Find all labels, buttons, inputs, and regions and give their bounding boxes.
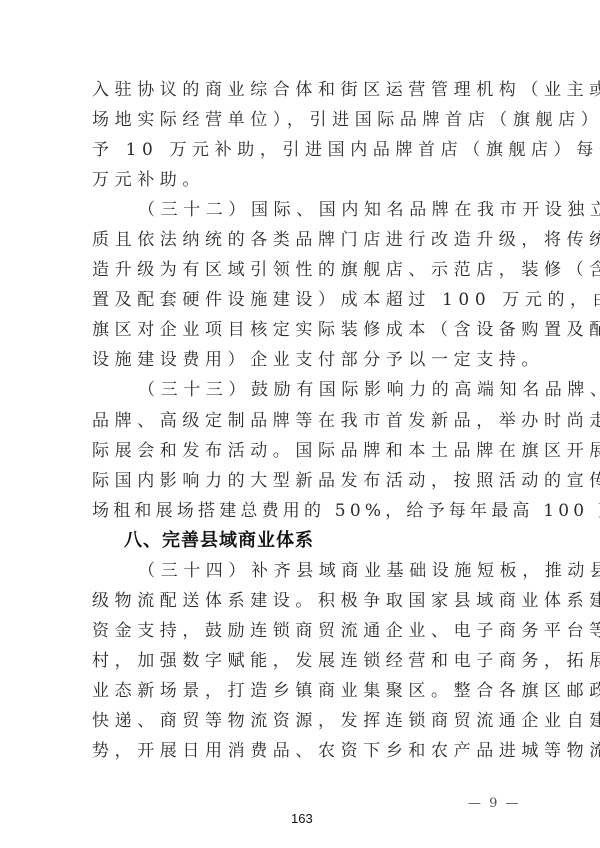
text-line: 入驻协议的商业综合体和街区运营管理机构（业主或该商业 xyxy=(92,75,512,105)
text-line: 场地实际经营单位），引进国际品牌首店（旗舰店）每个给 xyxy=(92,105,512,135)
text-line: 村，加强数字赋能，发展连锁经营和电子商务，拓展消费新 xyxy=(92,646,512,676)
paragraph-32-start: （三十二）国际、国内知名品牌在我市开设独立法人性 xyxy=(92,195,512,225)
paragraph-34-start: （三十四）补齐县域商业基础设施短板，推动县乡村三 xyxy=(92,556,512,586)
text-line: 造升级为有区域引领性的旗舰店、示范店，装修（含设备购 xyxy=(92,255,512,285)
section-heading: 八、完善县域商业体系 xyxy=(92,526,512,556)
text-line: 级物流配送体系建设。积极争取国家县域商业体系建设项目 xyxy=(92,586,512,616)
text-line: 业态新场景，打造乡镇商业集聚区。整合各旗区邮政、供销、 xyxy=(92,676,512,706)
body-text: 入驻协议的商业综合体和街区运营管理机构（业主或该商业 场地实际经营单位），引进国… xyxy=(92,75,512,766)
text-line: 快递、商贸等物流资源，发挥连锁商贸流通企业自建物流优 xyxy=(92,706,512,736)
document-page: 入驻协议的商业综合体和街区运营管理机构（业主或该商业 场地实际经营单位），引进国… xyxy=(0,0,600,848)
text-line: 质且依法纳统的各类品牌门店进行改造升级，将传统门店改 xyxy=(92,225,512,255)
text-line: 予 10 万元补助，引进国内品牌首店（旗舰店）每个给予 5 xyxy=(92,135,512,165)
text-line: 际国内影响力的大型新品发布活动，按照活动的宣传推广、 xyxy=(92,466,512,496)
folio-number: 163 xyxy=(291,811,313,826)
text-line: 旗区对企业项目核定实际装修成本（含设备购置及配套硬件 xyxy=(92,315,512,345)
paragraph-33-start: （三十三）鼓励有国际影响力的高端知名品牌、设计师 xyxy=(92,375,512,405)
text-line: 场租和展场搭建总费用的 50%，给予每年最高 100 万元补助。 xyxy=(92,496,512,526)
page-number: — 9 — xyxy=(468,796,521,811)
text-line: 势，开展日用消费品、农资下乡和农产品进城等物流快递共 xyxy=(92,736,512,766)
text-line: 品牌、高级定制品牌等在我市首发新品，举办时尚走秀、国 xyxy=(92,406,512,436)
text-line: 资金支持，鼓励连锁商贸流通企业、电子商务平台等下沉农 xyxy=(92,616,512,646)
text-line: 置及配套硬件设施建设）成本超过 100 万元的，由门店所在 xyxy=(92,285,512,315)
text-line: 万元补助。 xyxy=(92,165,512,195)
text-line: 际展会和发布活动。国际品牌和本土品牌在旗区开展具有国 xyxy=(92,436,512,466)
text-line: 设施建设费用）企业支付部分予以一定支持。 xyxy=(92,345,512,375)
